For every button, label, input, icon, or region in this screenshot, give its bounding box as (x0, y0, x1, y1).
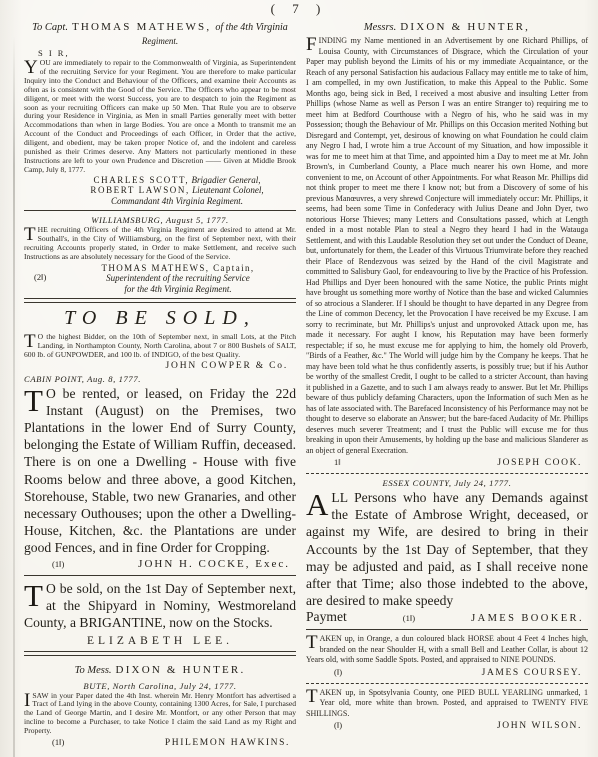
section-cabin-point: CABIN POINT, Aug. 8, 1777. TO be rented,… (24, 374, 296, 571)
dropcap: T (306, 689, 318, 704)
signature-block: (2‖) THOMAS MATHEWS, Captain, Superinten… (24, 263, 296, 295)
dropcap: F (306, 37, 317, 52)
signature: JOHN WILSON. (497, 721, 582, 731)
printer-mark: (1‖) (403, 613, 415, 623)
mathews-heading-line2: Regiment. (24, 36, 296, 46)
heading-suffix: of the 4th Virginia (215, 22, 288, 33)
cook-letter-body: FINDING my Name mentioned in an Advertis… (306, 36, 588, 456)
signature: ELIZABETH LEE. (24, 635, 296, 647)
printer-mark: (1‖) (52, 559, 64, 569)
letter-heading: Messrs. DIXON & HUNTER, (306, 17, 588, 35)
brigantine-body: TO be sold, on the 1st Day of September … (24, 580, 296, 632)
section-divider-double (24, 651, 296, 655)
printer-mark: (‖) (334, 720, 342, 730)
dropcap: T (24, 334, 36, 349)
body-text: AKEN up, in Orange, a dun coloured black… (306, 634, 588, 664)
section-divider-dashed (306, 473, 588, 474)
section-divider (24, 210, 296, 211)
printer-mark: 1‖ (334, 457, 341, 467)
signature-row: (‖) JOHN WILSON. (306, 719, 588, 732)
signature-line: CHARLES SCOTT, Brigadier General, (24, 175, 296, 186)
heading-name: DIXON & HUNTER. (116, 664, 246, 676)
body-text: INDING my Name mentioned in an Advertise… (306, 36, 588, 455)
signature: JAMES COURSEY. (482, 668, 582, 678)
body-text: SAW in your Paper dated the 4th Inst. wh… (24, 691, 296, 736)
section-taken-bull: TAKEN up, in Spotsylvania County, one PI… (306, 688, 588, 733)
body-text: O be rented, or leased, on Friday the 22… (24, 386, 296, 556)
signature: JOHN H. COCKE, Exec. (138, 558, 290, 570)
section-divider (306, 629, 588, 630)
signature: JOHN COWPER & Co. (24, 361, 296, 371)
section-divider (24, 575, 296, 576)
heading-name: DIXON & HUNTER, (400, 21, 530, 33)
section-hawkins-note: To Mess. DIXON & HUNTER. BUTE, North Car… (24, 660, 296, 750)
heading-prefix: To Capt. (32, 22, 68, 33)
signature-line: ROBERT LAWSON, Lieutenant Colonel, (24, 185, 296, 196)
signature-row: (1‖) PHILEMON HAWKINS. (24, 736, 296, 749)
cabin-point-body: TO be rented, or leased, on Friday the 2… (24, 385, 296, 557)
signature-line: THOMAS MATHEWS, Captain, (60, 263, 296, 274)
section-essex-notice: ESSEX COUNTY, July 24, 1777. ALL Persons… (306, 478, 588, 625)
heading-prefix: To Mess. (75, 665, 112, 676)
section-divider-double (24, 298, 296, 302)
body-text: OU are immediately to repair to the Comm… (24, 58, 296, 174)
section-brigantine: TO be sold, on the 1st Day of September … (24, 580, 296, 648)
dropcap: I (24, 693, 30, 708)
heading-name: THOMAS MATHEWS, (72, 21, 211, 33)
signature-row: Paymet (1‖) JAMES BOOKER. (306, 609, 588, 625)
dropcap: A (306, 492, 328, 518)
signature-row: (1‖) JOHN H. COCKE, Exec. (24, 557, 296, 571)
section-divider-dashed (306, 683, 588, 684)
page-number: ( 7 ) (0, 1, 598, 17)
signature: JAMES BOOKER. (471, 613, 584, 624)
note-heading: To Mess. DIXON & HUNTER. (24, 660, 296, 678)
signature-line: Commandant 4th Virginia Regiment. (24, 196, 296, 207)
dateline: CABIN POINT, Aug. 8, 1777. (24, 374, 296, 384)
dropcap: Y (24, 60, 38, 75)
body-text: O the highest Bidder, on the 10th of Sep… (24, 332, 296, 359)
mathews-heading: To Capt. THOMAS MATHEWS, of the 4th Virg… (24, 17, 296, 35)
taken-bull-body: TAKEN up, in Spotsylvania County, one PI… (306, 688, 588, 720)
signature: JOSEPH COOK. (497, 458, 582, 468)
columns: To Capt. THOMAS MATHEWS, of the 4th Virg… (0, 0, 598, 749)
dropcap: T (24, 388, 43, 414)
printer-mark: (‖) (334, 667, 342, 677)
mathews-body: YOU are immediately to repair to the Com… (24, 59, 296, 175)
newspaper-page: ( 7 ) To Capt. THOMAS MATHEWS, of the 4t… (0, 0, 598, 757)
williamsburg-body: THE recruiting Officers of the 4th Virgi… (24, 226, 296, 262)
body-tail: Paymet (306, 609, 347, 625)
body-text: O be sold, on the 1st Day of September n… (24, 581, 296, 630)
section-mathews-orders: To Capt. THOMAS MATHEWS, of the 4th Virg… (24, 17, 296, 206)
body-text: AKEN up, in Spotsylvania County, one PIE… (306, 688, 588, 718)
taken-horse-body: TAKEN up, in Orange, a dun coloured blac… (306, 634, 588, 666)
section-taken-horse: TAKEN up, in Orange, a dun coloured blac… (306, 634, 588, 679)
salutation: S I R, (24, 48, 296, 58)
signature-row: 1‖ JOSEPH COOK. (306, 456, 588, 469)
left-column: To Capt. THOMAS MATHEWS, of the 4th Virg… (24, 16, 296, 749)
ad-heading: TO BE SOLD, (24, 307, 296, 330)
signature-line: for the 4th Virginia Regiment. (60, 284, 296, 295)
printer-mark: (1‖) (52, 737, 64, 747)
signature-line: Superintendent of the recruiting Service (60, 273, 296, 284)
signature: PHILEMON HAWKINS. (165, 738, 290, 748)
dropcap: T (24, 583, 43, 609)
essex-body: ALL Persons who have any Demands against… (306, 489, 588, 609)
to-be-sold-body: TO the highest Bidder, on the 10th of Se… (24, 333, 296, 360)
dateline: ESSEX COUNTY, July 24, 1777. (306, 478, 588, 488)
dateline: BUTE, North Carolina, July 24, 1777. (24, 681, 296, 691)
signature-row: (‖) JAMES COURSEY. (306, 666, 588, 679)
section-williamsburg-notice: WILLIAMSBURG, August 5, 1777. THE recrui… (24, 215, 296, 294)
dropcap: T (24, 227, 36, 242)
printer-mark: (2‖) (34, 272, 46, 282)
dateline: WILLIAMSBURG, August 5, 1777. (24, 215, 296, 225)
section-to-be-sold: TO BE SOLD, TO the highest Bidder, on th… (24, 307, 296, 371)
right-column: Messrs. DIXON & HUNTER, FINDING my Name … (306, 16, 588, 749)
body-text: LL Persons who have any Demands against … (306, 490, 588, 608)
section-cook-letter: Messrs. DIXON & HUNTER, FINDING my Name … (306, 17, 588, 469)
dropcap: T (306, 635, 318, 650)
hawkins-body: ISAW in your Paper dated the 4th Inst. w… (24, 692, 296, 737)
body-text: HE recruiting Officers of the 4th Virgin… (24, 225, 296, 261)
heading-prefix: Messrs. (364, 22, 396, 33)
